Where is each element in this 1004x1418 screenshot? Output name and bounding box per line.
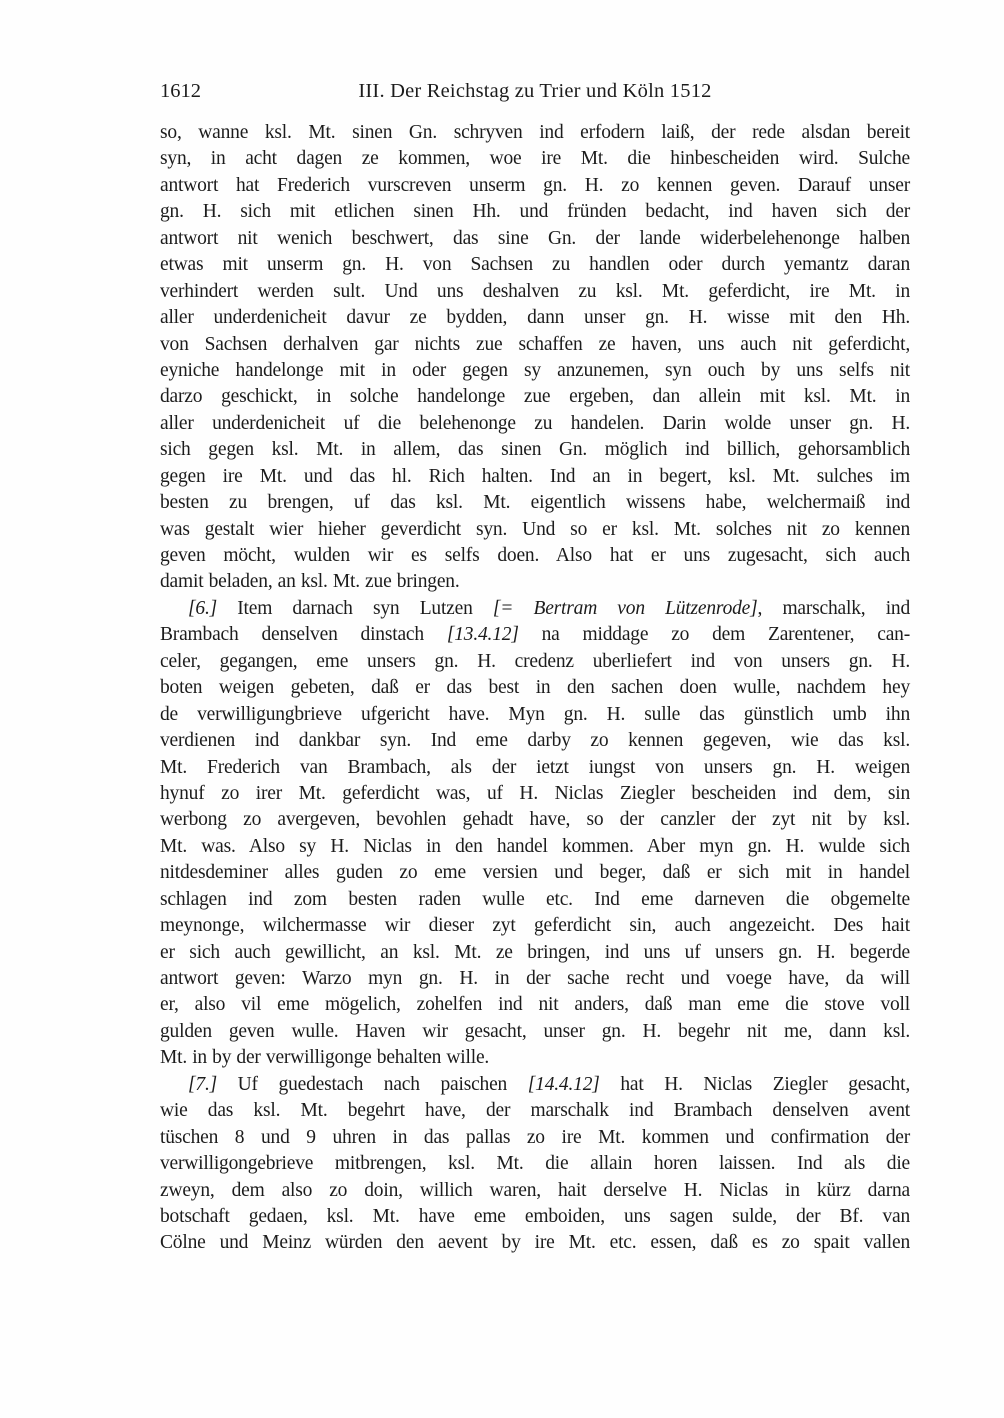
- text-segment: Uf guedestach nach paischen: [217, 1074, 528, 1095]
- text-line: Cölne und Meinz würden den aevent by ire…: [160, 1230, 910, 1256]
- text-segment: sich gegen ksl. Mt. in allem, das sinen …: [160, 439, 910, 460]
- text-segment: , marschalk, ind: [758, 598, 910, 619]
- text-segment: antwort nit wenich beschwert, das sine G…: [160, 228, 910, 249]
- text-line: boten weigen gebeten, daß er das best in…: [160, 675, 910, 701]
- text-line: etwas mit unserm gn. H. von Sachsen zu h…: [160, 252, 910, 278]
- text-line: gn. H. sich mit etlichen sinen Hh. und f…: [160, 199, 910, 225]
- text-line: von Sachsen derhalven gar nichts zue sch…: [160, 332, 910, 358]
- text-line: eyniche handelonge mit in oder gegen sy …: [160, 358, 910, 384]
- text-line: damit beladen, an ksl. Mt. zue bringen.: [160, 569, 910, 595]
- text-segment: verwilligongebrieve mitbrengen, ksl. Mt.…: [160, 1153, 910, 1174]
- text-segment: etwas mit unserm gn. H. von Sachsen zu h…: [160, 254, 910, 275]
- text-line: zweyn, dem also zo doin, willich waren, …: [160, 1178, 910, 1204]
- italic-text-segment: [14.4.12]: [528, 1074, 600, 1095]
- text-segment: eyniche handelonge mit in oder gegen sy …: [160, 360, 910, 381]
- text-segment: er sich auch gewillicht, an ksl. Mt. ze …: [160, 942, 910, 963]
- text-segment: Mt. Frederich van Brambach, als der ietz…: [160, 757, 910, 778]
- text-segment: er, also vil eme mögelich, zohelfen ind …: [160, 994, 910, 1015]
- text-line: nitdesdeminer alles guden zo eme versien…: [160, 860, 910, 886]
- text-line: verhindert werden sult. Und uns deshalve…: [160, 279, 910, 305]
- text-line: Mt. was. Also sy H. Niclas in den handel…: [160, 834, 910, 860]
- book-page: 1612 III. Der Reichstag zu Trier und Köl…: [0, 0, 1004, 1418]
- text-segment: verdienen ind dankbar syn. Ind eme darby…: [160, 730, 910, 751]
- text-line: botschaft gedaen, ksl. Mt. have eme embo…: [160, 1204, 910, 1230]
- text-segment: antwort geven: Warzo myn gn. H. in der s…: [160, 968, 910, 989]
- text-line: so, wanne ksl. Mt. sinen Gn. schryven in…: [160, 120, 910, 146]
- text-segment: Item darnach syn Lutzen: [217, 598, 493, 619]
- text-segment: de verwilligungbrieve ufgericht have. My…: [160, 704, 910, 725]
- text-line: tüschen 8 und 9 uhren in das pallas zo i…: [160, 1125, 910, 1151]
- italic-text-segment: [6.]: [188, 598, 217, 619]
- text-line: geven möcht, wulden wir es selfs doen. A…: [160, 543, 910, 569]
- text-segment: gn. H. sich mit etlichen sinen Hh. und f…: [160, 201, 910, 222]
- text-segment: tüschen 8 und 9 uhren in das pallas zo i…: [160, 1127, 910, 1148]
- text-segment: schlagen ind zom besten raden wulle etc.…: [160, 889, 910, 910]
- italic-text-segment: [= Bertram von Lützenrode]: [493, 598, 758, 619]
- text-segment: gulden geven wulle. Haven wir gesacht, u…: [160, 1021, 910, 1042]
- text-line: besten zu brengen, uf das ksl. Mt. eigen…: [160, 490, 910, 516]
- text-segment: aller underdenicheit davur ze bydden, da…: [160, 307, 910, 328]
- text-line: aller underdenicheit davur ze bydden, da…: [160, 305, 910, 331]
- text-segment: zweyn, dem also zo doin, willich waren, …: [160, 1180, 910, 1201]
- text-line: Mt. Frederich van Brambach, als der ietz…: [160, 755, 910, 781]
- text-line: er sich auch gewillicht, an ksl. Mt. ze …: [160, 940, 910, 966]
- italic-text-segment: [7.]: [188, 1074, 217, 1095]
- text-line: er, also vil eme mögelich, zohelfen ind …: [160, 992, 910, 1018]
- text-segment: meynonge, wilchermasse wir dieser zyt ge…: [160, 915, 910, 936]
- text-line: antwort geven: Warzo myn gn. H. in der s…: [160, 966, 910, 992]
- text-segment: na middage zo dem Zarentener, can-: [519, 624, 910, 645]
- text-line: antwort nit wenich beschwert, das sine G…: [160, 226, 910, 252]
- text-segment: nitdesdeminer alles guden zo eme versien…: [160, 862, 910, 883]
- text-line: wie das ksl. Mt. begehrt have, der marsc…: [160, 1098, 910, 1124]
- text-line: Brambach denselven dinstach [13.4.12] na…: [160, 622, 910, 648]
- text-line: verwilligongebrieve mitbrengen, ksl. Mt.…: [160, 1151, 910, 1177]
- running-title: III. Der Reichstag zu Trier und Köln 151…: [160, 78, 910, 105]
- text-segment: von Sachsen derhalven gar nichts zue sch…: [160, 334, 910, 355]
- text-segment: darzo geschickt, in solche handelonge zu…: [160, 386, 910, 407]
- text-segment: geven möcht, wulden wir es selfs doen. A…: [160, 545, 910, 566]
- text-segment: Cölne und Meinz würden den aevent by ire…: [160, 1232, 910, 1253]
- text-line: [7.] Uf guedestach nach paischen [14.4.1…: [160, 1072, 910, 1098]
- text-line: syn, in acht dagen ze kommen, woe ire Mt…: [160, 146, 910, 172]
- text-segment: damit beladen, an ksl. Mt. zue bringen.: [160, 571, 460, 592]
- text-segment: celer, gegangen, eme unsers gn. H. crede…: [160, 651, 910, 672]
- text-block: so, wanne ksl. Mt. sinen Gn. schryven in…: [160, 120, 910, 1257]
- text-line: celer, gegangen, eme unsers gn. H. crede…: [160, 649, 910, 675]
- text-line: [6.] Item darnach syn Lutzen [= Bertram …: [160, 596, 910, 622]
- text-segment: hat H. Niclas Ziegler gesacht,: [600, 1074, 910, 1095]
- text-line: gegen ire Mt. und das hl. Rich halten. I…: [160, 464, 910, 490]
- text-line: verdienen ind dankbar syn. Ind eme darby…: [160, 728, 910, 754]
- text-line: was gestalt wier hieher geverdicht syn. …: [160, 517, 910, 543]
- text-segment: hynuf zo irer Mt. geferdicht was, uf H. …: [160, 783, 910, 804]
- text-line: schlagen ind zom besten raden wulle etc.…: [160, 887, 910, 913]
- text-line: antwort hat Frederich vurscreven unserm …: [160, 173, 910, 199]
- text-segment: gegen ire Mt. und das hl. Rich halten. I…: [160, 466, 910, 487]
- text-line: darzo geschickt, in solche handelonge zu…: [160, 384, 910, 410]
- text-line: de verwilligungbrieve ufgericht have. My…: [160, 702, 910, 728]
- text-segment: so, wanne ksl. Mt. sinen Gn. schryven in…: [160, 122, 910, 143]
- text-segment: Mt. was. Also sy H. Niclas in den handel…: [160, 836, 910, 857]
- text-segment: werbong zo avergeven, bevohlen gehadt ha…: [160, 809, 910, 830]
- running-header: 1612 III. Der Reichstag zu Trier und Köl…: [160, 78, 910, 105]
- text-line: hynuf zo irer Mt. geferdicht was, uf H. …: [160, 781, 910, 807]
- page-number: 1612: [160, 78, 201, 105]
- text-segment: Mt. in by der verwilligonge behalten wil…: [160, 1047, 489, 1068]
- text-segment: besten zu brengen, uf das ksl. Mt. eigen…: [160, 492, 910, 513]
- text-line: Mt. in by der verwilligonge behalten wil…: [160, 1045, 910, 1071]
- text-segment: botschaft gedaen, ksl. Mt. have eme embo…: [160, 1206, 910, 1227]
- text-segment: aller underdenicheit uf die belehenonge …: [160, 413, 910, 434]
- text-line: aller underdenicheit uf die belehenonge …: [160, 411, 910, 437]
- text-line: gulden geven wulle. Haven wir gesacht, u…: [160, 1019, 910, 1045]
- italic-text-segment: [13.4.12]: [447, 624, 519, 645]
- text-segment: Brambach denselven dinstach: [160, 624, 447, 645]
- text-line: sich gegen ksl. Mt. in allem, das sinen …: [160, 437, 910, 463]
- text-segment: syn, in acht dagen ze kommen, woe ire Mt…: [160, 148, 910, 169]
- text-segment: boten weigen gebeten, daß er das best in…: [160, 677, 910, 698]
- text-segment: wie das ksl. Mt. begehrt have, der marsc…: [160, 1100, 910, 1121]
- text-segment: was gestalt wier hieher geverdicht syn. …: [160, 519, 910, 540]
- text-line: werbong zo avergeven, bevohlen gehadt ha…: [160, 807, 910, 833]
- text-segment: antwort hat Frederich vurscreven unserm …: [160, 175, 910, 196]
- text-line: meynonge, wilchermasse wir dieser zyt ge…: [160, 913, 910, 939]
- text-segment: verhindert werden sult. Und uns deshalve…: [160, 281, 910, 302]
